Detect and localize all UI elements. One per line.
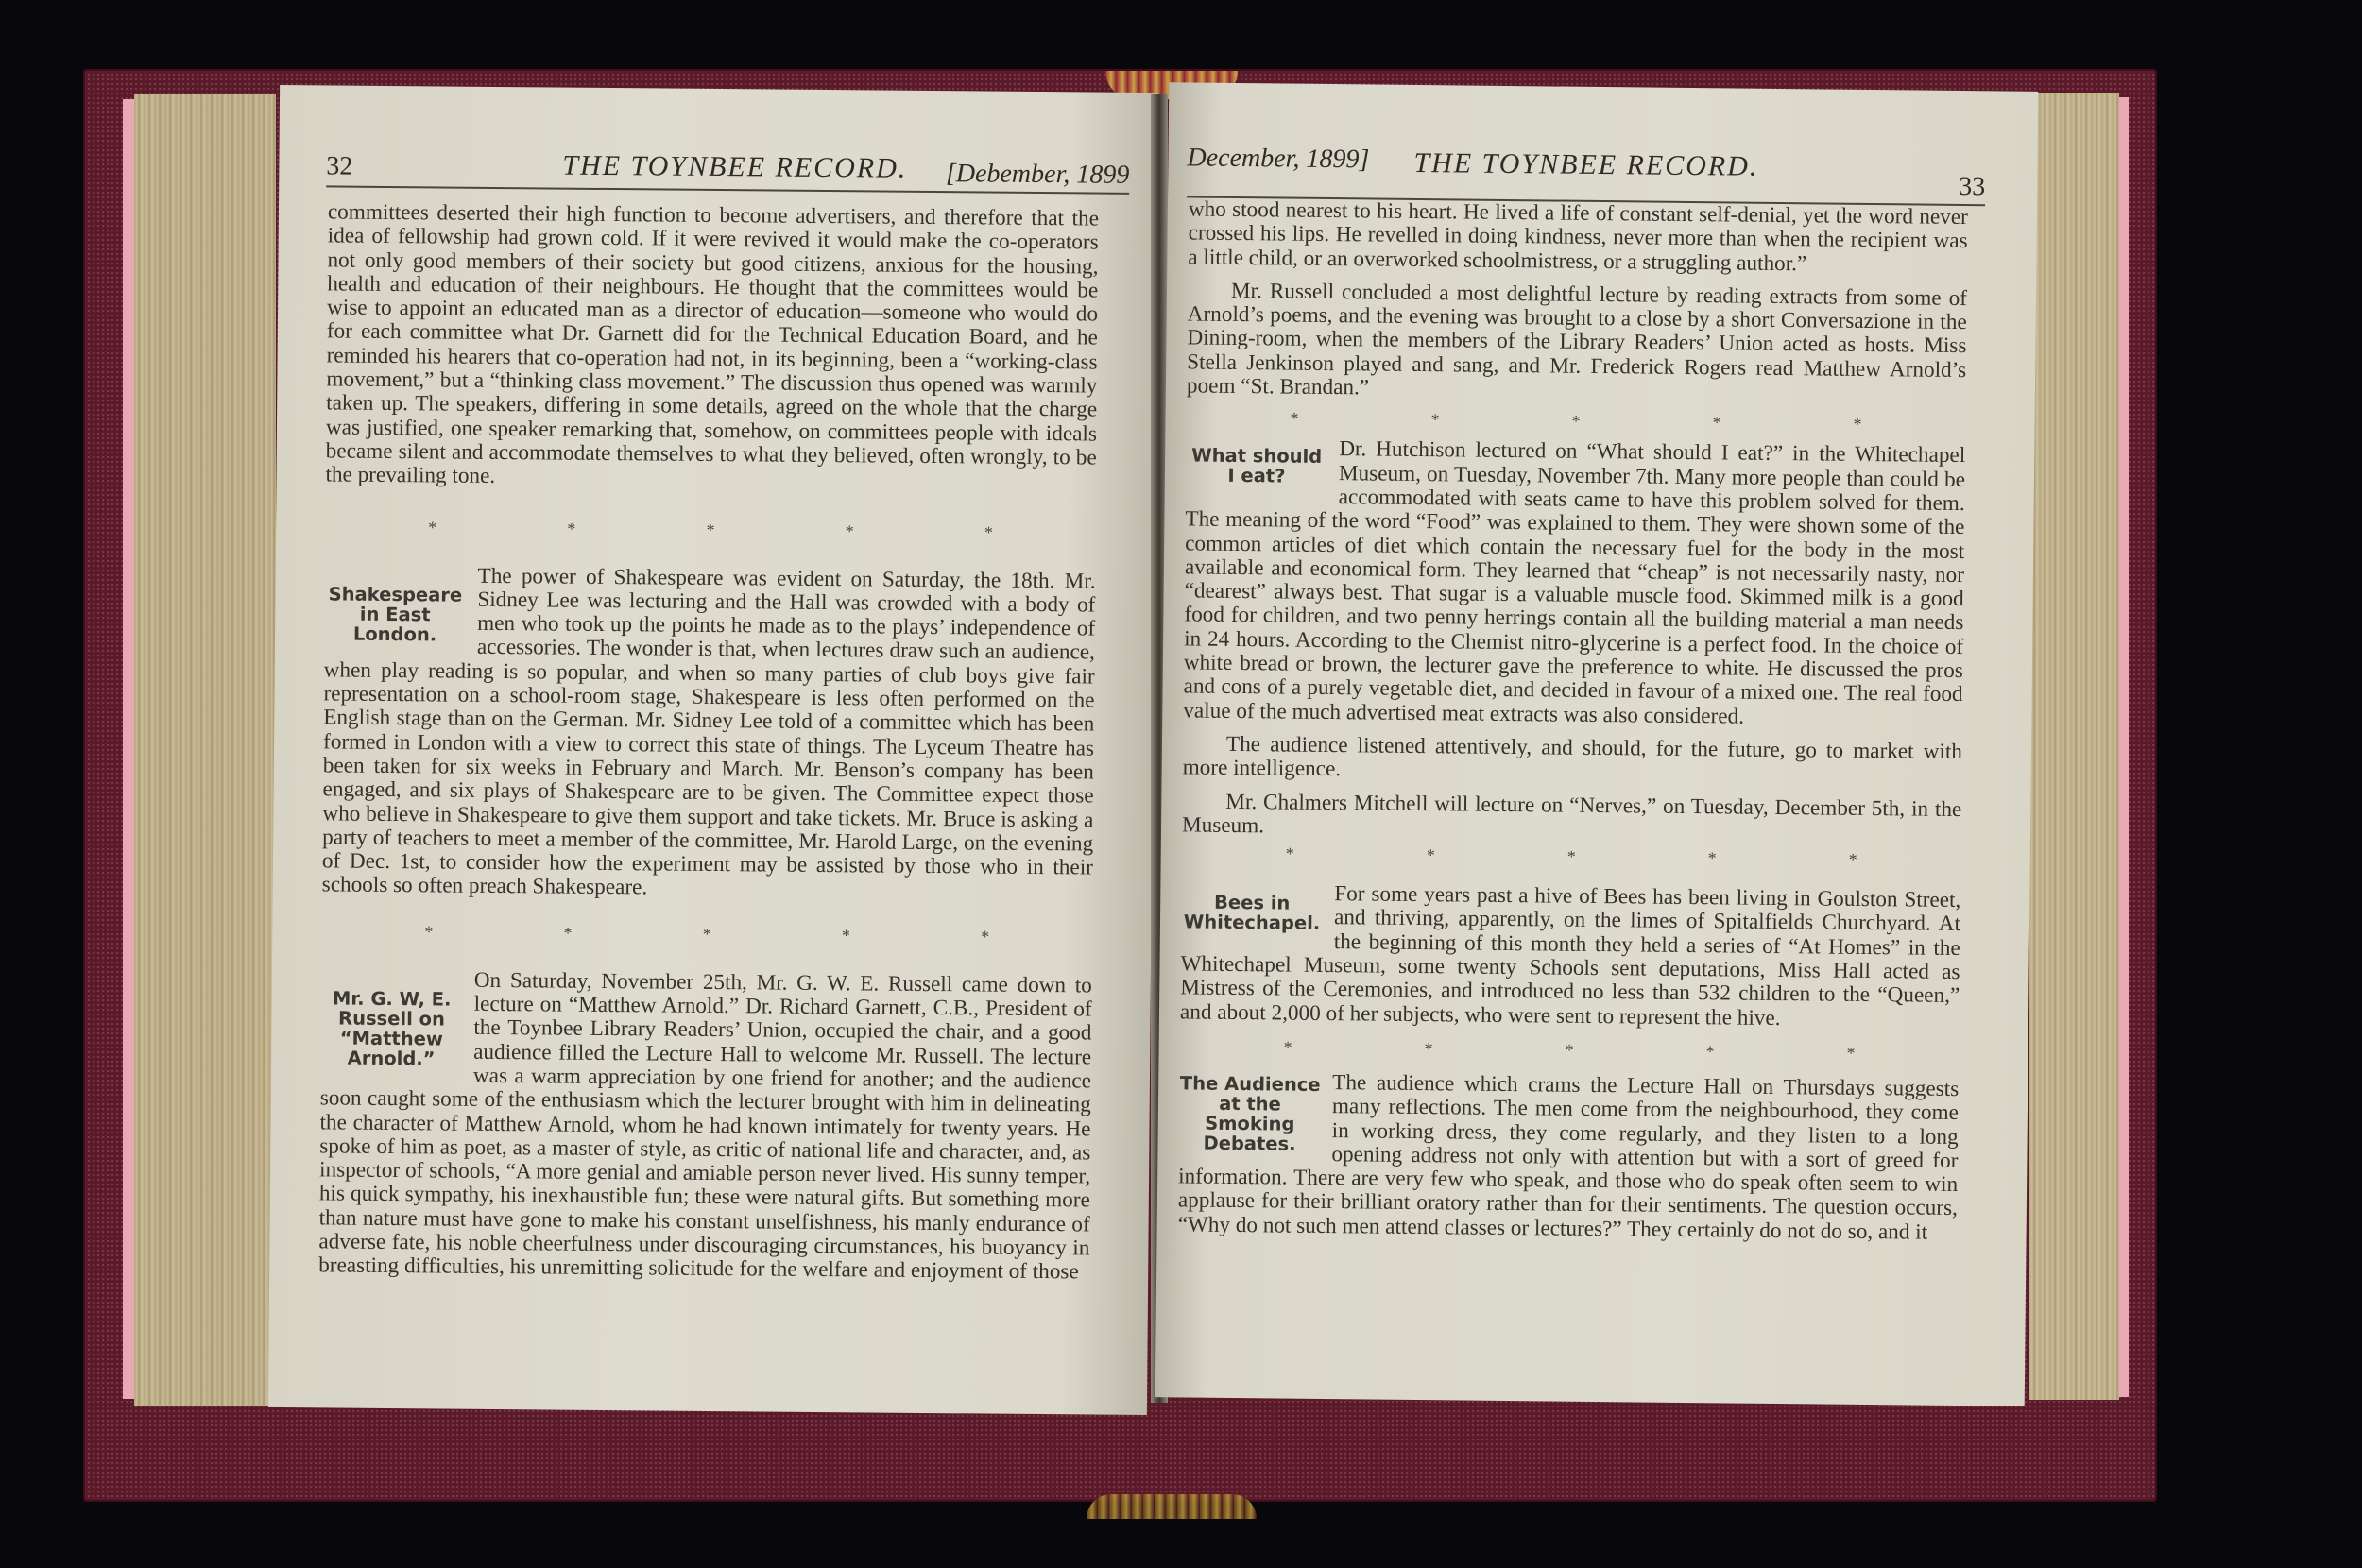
left-page: 32 THE TOYNBEE RECORD. [Debember, 1899 c… [268, 85, 1158, 1415]
paragraph: Mr. Russell concluded a most delightful … [1187, 279, 1967, 406]
tailband [1087, 1494, 1257, 1519]
running-head-left: 32 THE TOYNBEE RECORD. [Debember, 1899 [326, 144, 1129, 194]
right-page-body: who stood nearest to his heart. He lived… [1178, 197, 1968, 1245]
running-date: December, 1899] [1187, 143, 1369, 175]
page-number: 33 [1959, 172, 1985, 202]
section-separator: ***** [1179, 1024, 1959, 1078]
running-date: [Debember, 1899 [946, 159, 1130, 191]
article-russell-continued: who stood nearest to his heart. He lived… [1187, 197, 1968, 406]
running-title: THE TOYNBEE RECORD. [562, 150, 907, 185]
sidenote-heading: Mr. G. W, E. Russell on “Matthew Arnold.… [320, 967, 463, 1068]
right-page: December, 1899] THE TOYNBEE RECORD. 33 w… [1155, 82, 2039, 1406]
article-bees-in-whitechapel: Bees in Whitechapel. For some years past… [1180, 881, 1961, 1032]
sidenote-heading: Shakespeare in East London. [324, 563, 467, 644]
page-stack-right [2029, 93, 2119, 1400]
section-separator: ***** [321, 905, 1092, 964]
section-separator: ***** [325, 501, 1096, 560]
article-cooperation-continued: committees deserted their high function … [325, 200, 1099, 494]
sidenote-heading: What should I eat? [1186, 436, 1328, 487]
sidenote-heading: The Audience at the Smoking Debates. [1178, 1069, 1321, 1154]
paragraph: committees deserted their high function … [325, 200, 1099, 494]
article-russell-on-matthew-arnold: Mr. G. W, E. Russell on “Matthew Arnold.… [318, 967, 1092, 1285]
article-smoking-debates: The Audience at the Smoking Debates. The… [1178, 1069, 1960, 1245]
paragraph: who stood nearest to his heart. He lived… [1188, 197, 1968, 278]
paragraph: The audience listened attentively, and s… [1183, 732, 1962, 788]
paragraph: Mr. Chalmers Mitchell will lecture on “N… [1182, 790, 1961, 845]
running-head-right: December, 1899] THE TOYNBEE RECORD. 33 [1187, 129, 1986, 206]
article-what-should-i-eat: What should I eat? Dr. Hutchison lecture… [1182, 436, 1965, 845]
page-number: 32 [326, 151, 352, 181]
article-shakespeare-in-east-london: Shakespeare in East London. The power of… [322, 563, 1096, 904]
sidenote-heading: Bees in Whitechapel. [1181, 881, 1324, 934]
left-page-body: committees deserted their high function … [318, 200, 1099, 1285]
running-title: THE TOYNBEE RECORD. [1413, 147, 1758, 183]
page-stack-left [134, 94, 276, 1406]
